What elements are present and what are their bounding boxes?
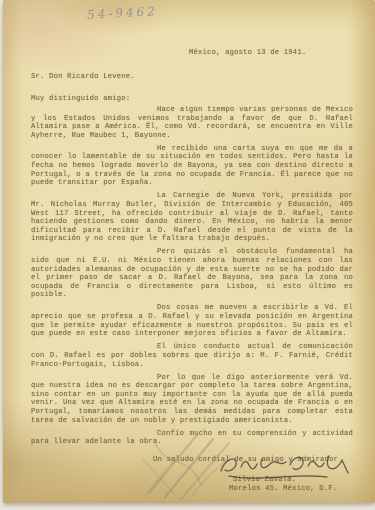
paragraph: El único conducto actual de comunicación… [31,343,353,369]
paragraph: He recibido una carta suya en que me da … [31,145,353,188]
handwritten-signature [215,451,355,487]
letter-body: Hace algún tiempo varias personas de Méx… [31,106,353,451]
letter-page: 54-9462 México, agosto 13 de 1941. Sr. D… [3,0,375,503]
paragraph: Por lo que le digo anteriormente verá Vd… [31,374,353,426]
paragraph: Hace algún tiempo varias personas de Méx… [31,106,353,140]
dateline: México, agosto 13 de 1941. [189,49,306,58]
archive-annotation: 54-9462 [87,4,159,22]
salutation: Muy distinguido amigo: [31,95,130,104]
recipient-line: Sr. Don Ricardo Levene. [31,73,135,82]
handwritten-signature-text: Silvio Zavala [3,0,4,1]
paragraph: Dos cosas me mueven a escribirle a Vd. E… [31,304,353,338]
paragraph: Pero quizás el obstáculo fundamental ha … [31,248,353,300]
paragraph: La Carnegie de Nueva York, presidida por… [31,192,353,244]
